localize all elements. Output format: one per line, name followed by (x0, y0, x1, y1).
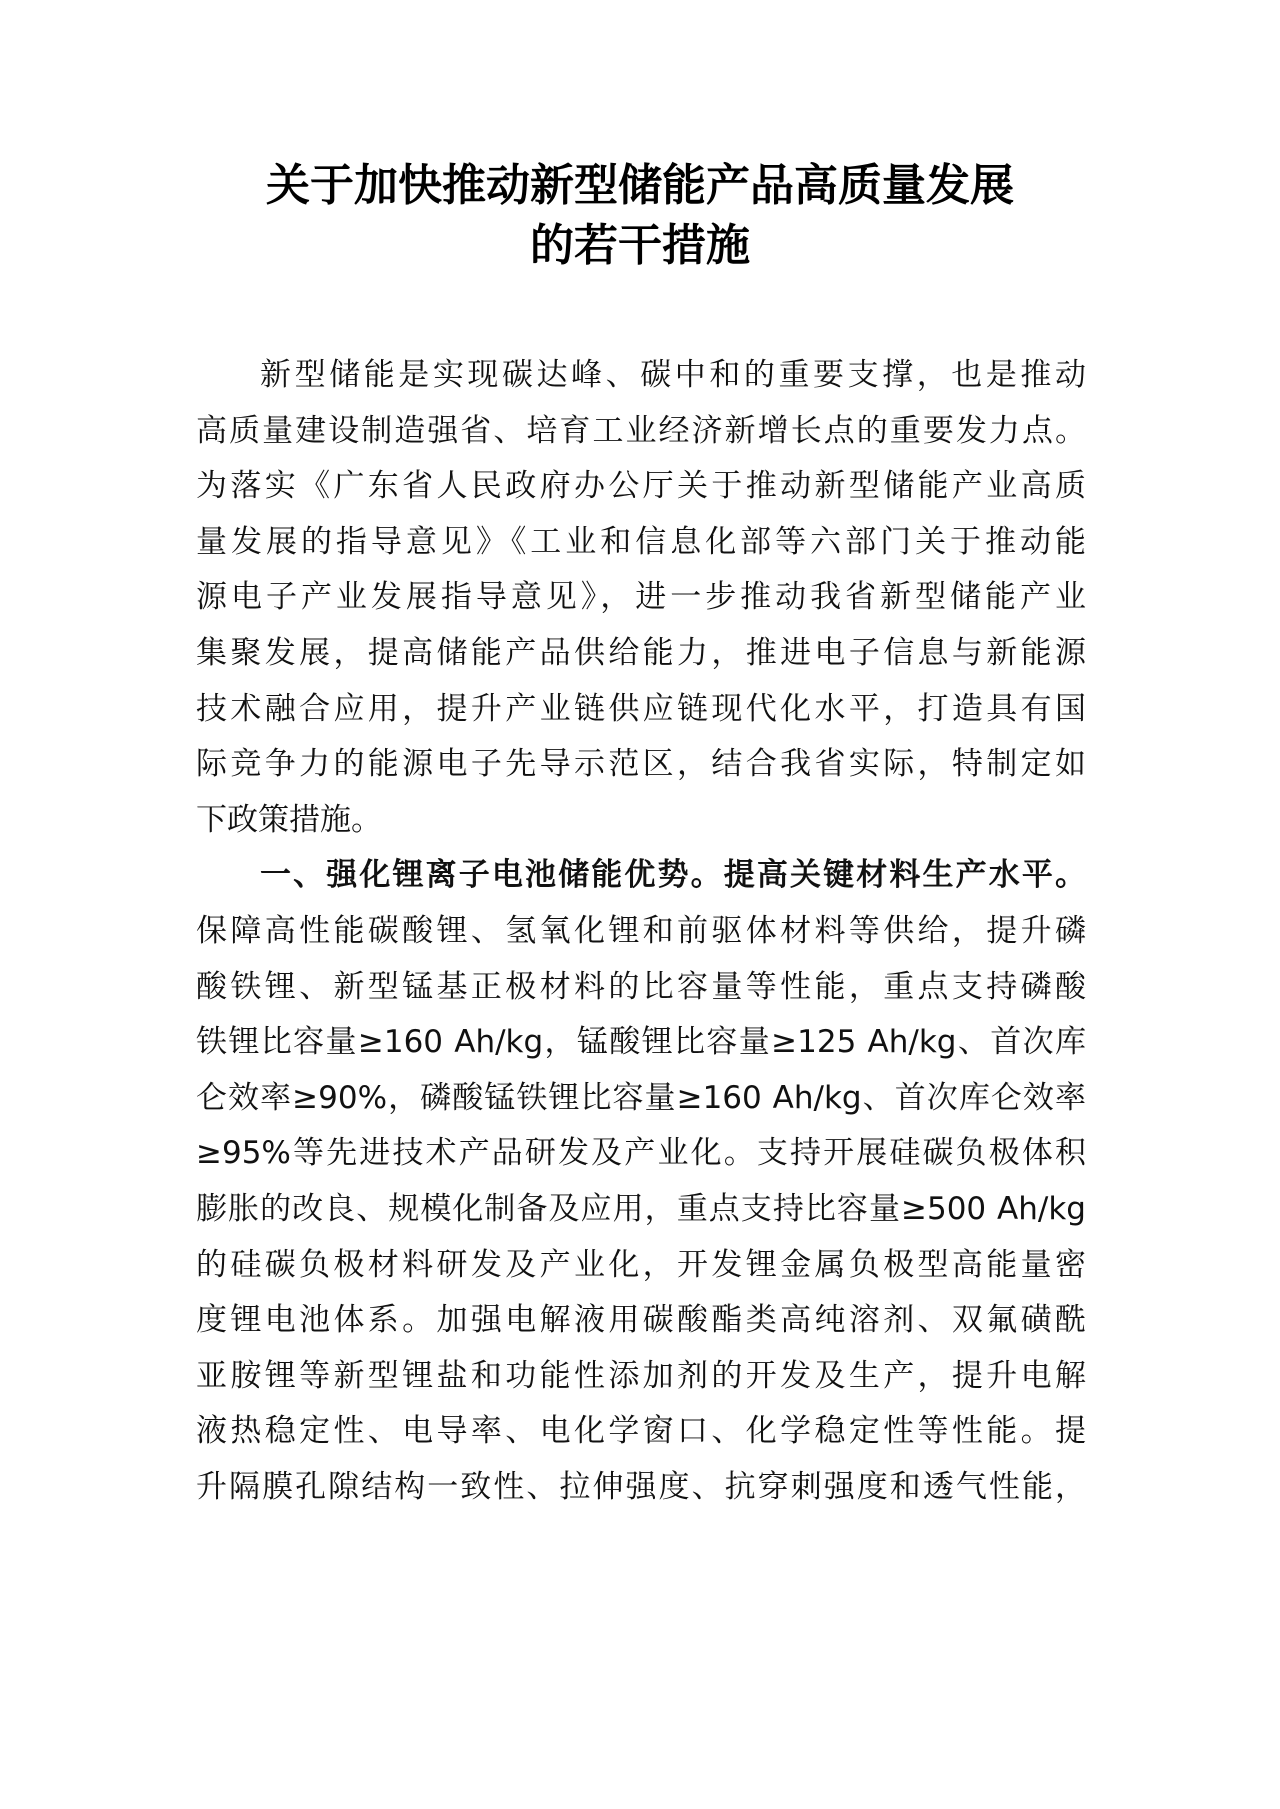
section-heading: 一、强化锂离子电池储能优势。提高关键材料生产水平。 (196, 848, 1086, 904)
paragraph-line: 铁锂比容量≥160 Ah/kg，锰酸锂比容量≥125 Ah/kg、首次库 (196, 1015, 1086, 1071)
paragraph-line: 技术融合应用，提升产业链供应链现代化水平，打造具有国 (196, 682, 1086, 738)
paragraph-line: 的硅碳负极材料研发及产业化，开发锂金属负极型高能量密 (196, 1238, 1086, 1294)
title-line-1: 关于加快推动新型储能产品高质量发展 (0, 156, 1280, 216)
section-1: 一、强化锂离子电池储能优势。提高关键材料生产水平。 保障高性能碳酸锂、氢氧化锂和… (196, 848, 1086, 1515)
paragraph-line: 仑效率≥90%，磷酸锰铁锂比容量≥160 Ah/kg、首次库仑效率 (196, 1071, 1086, 1127)
paragraph-line: 下政策措施。 (196, 793, 1086, 849)
paragraph-line: 液热稳定性、电导率、电化学窗口、化学稳定性等性能。提 (196, 1404, 1086, 1460)
paragraph-line: 保障高性能碳酸锂、氢氧化锂和前驱体材料等供给，提升磷 (196, 904, 1086, 960)
document-title: 关于加快推动新型储能产品高质量发展 的若干措施 (0, 156, 1280, 276)
title-line-2: 的若干措施 (0, 216, 1280, 276)
paragraph-line: 膨胀的改良、规模化制备及应用，重点支持比容量≥500 Ah/kg (196, 1182, 1086, 1238)
paragraph-line: 源电子产业发展指导意见》，进一步推动我省新型储能产业 (196, 570, 1086, 626)
document-page: 关于加快推动新型储能产品高质量发展 的若干措施 新型储能是实现碳达峰、碳中和的重… (0, 0, 1280, 1809)
paragraph-line: 量发展的指导意见》《工业和信息化部等六部门关于推动能 (196, 515, 1086, 571)
paragraph-line: 集聚发展，提高储能产品供给能力，推进电子信息与新能源 (196, 626, 1086, 682)
paragraph-line: 际竞争力的能源电子先导示范区，结合我省实际，特制定如 (196, 737, 1086, 793)
paragraph-line: 升隔膜孔隙结构一致性、拉伸强度、抗穿刺强度和透气性能， (196, 1460, 1086, 1516)
document-body: 新型储能是实现碳达峰、碳中和的重要支撑，也是推动 高质量建设制造强省、培育工业经… (196, 348, 1086, 1515)
paragraph-line: 高质量建设制造强省、培育工业经济新增长点的重要发力点。 (196, 404, 1086, 460)
intro-paragraph: 新型储能是实现碳达峰、碳中和的重要支撑，也是推动 高质量建设制造强省、培育工业经… (196, 348, 1086, 848)
paragraph-line: ≥95%等先进技术产品研发及产业化。支持开展硅碳负极体积 (196, 1126, 1086, 1182)
paragraph-line: 新型储能是实现碳达峰、碳中和的重要支撑，也是推动 (196, 348, 1086, 404)
paragraph-line: 亚胺锂等新型锂盐和功能性添加剂的开发及生产，提升电解 (196, 1349, 1086, 1405)
paragraph-line: 度锂电池体系。加强电解液用碳酸酯类高纯溶剂、双氟磺酰 (196, 1293, 1086, 1349)
paragraph-line: 为落实《广东省人民政府办公厅关于推动新型储能产业高质 (196, 459, 1086, 515)
paragraph-line: 酸铁锂、新型锰基正极材料的比容量等性能，重点支持磷酸 (196, 960, 1086, 1016)
